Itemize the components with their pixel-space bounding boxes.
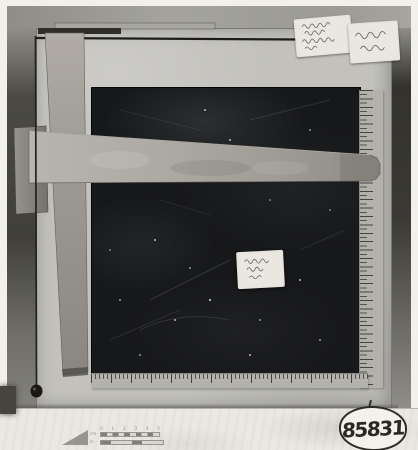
handwritten-tag-center <box>236 250 285 289</box>
photo-background-right <box>390 28 411 410</box>
scale-pointer-triangle <box>62 430 88 445</box>
vertical-ruler <box>359 90 383 388</box>
scale-unit-top: cm <box>90 431 96 436</box>
scale-unit-bottom: in <box>90 439 94 444</box>
handwriting-squiggle <box>348 20 401 63</box>
photograph-drawing-board: { "colors": { "paper": "#f2f0ea", "backg… <box>0 0 418 450</box>
photo-scale-bar: cm 0 1 2 3 4 5 in <box>62 427 180 449</box>
handwritten-tag-top-left <box>293 15 353 58</box>
corner-dark-patch <box>0 386 16 414</box>
handwritten-tag-top-right <box>348 20 401 63</box>
black-drawing-panel <box>91 87 361 375</box>
scale-segment-bar-cm <box>100 432 160 437</box>
handwriting-squiggle <box>293 15 353 58</box>
catalog-number: 85831 <box>341 415 404 442</box>
horizontal-ruler <box>91 373 368 388</box>
handwriting-squiggle <box>236 250 285 289</box>
scale-segment-bar-in <box>100 440 164 445</box>
photo-background-left <box>7 28 36 410</box>
scale-rows: cm 0 1 2 3 4 5 in <box>90 427 180 449</box>
